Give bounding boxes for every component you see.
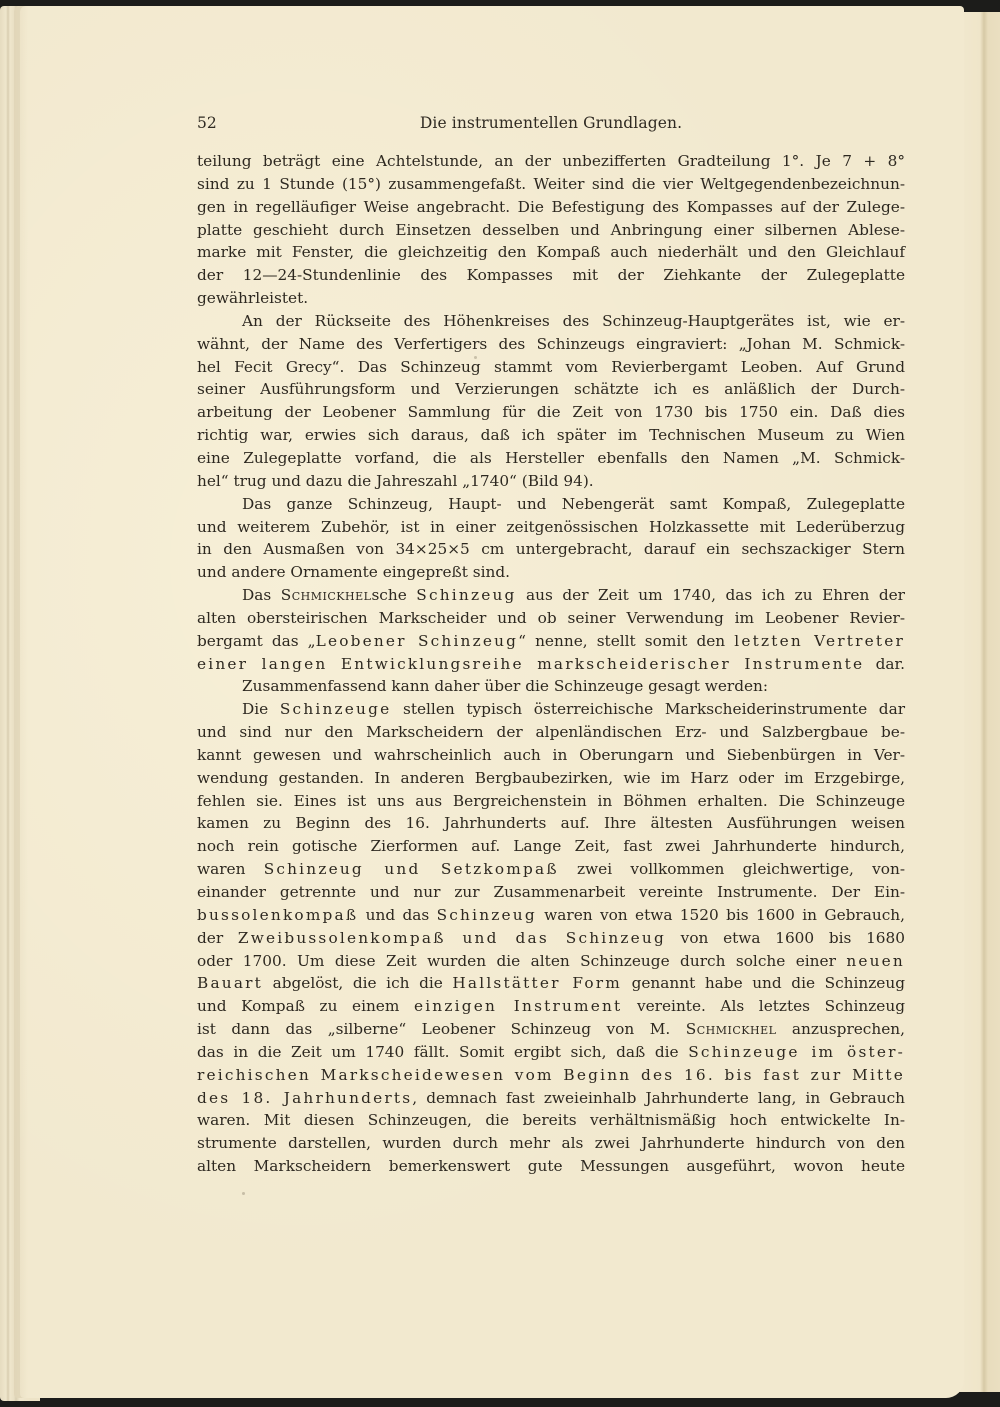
emphasis: des 18. Jahrhunderts [197,1089,412,1107]
text-line: gewährleistet. [197,287,905,310]
text-line: Zusammenfassend kann daher über die Schi… [197,675,905,698]
emphasis: Schinzeug [416,586,516,604]
text-line: noch rein gotische Zierformen auf. Lange… [197,835,905,858]
emphasis: bussolenkompaß [197,906,358,924]
text-line: hel“ trug und dazu die Jahreszahl „1740“… [197,470,905,493]
text-line: Das ganze Schinzeug, Haupt- und Nebenger… [197,493,905,516]
emphasis: einer langen Entwicklungsreihe markschei… [197,655,864,673]
text-line: bergamt das „Leobener Schinzeug“ nenne, … [197,630,905,653]
paper-speck [242,1192,245,1195]
emphasis: Schinzeuge im öster- [688,1043,905,1061]
text-line: reichischen Markscheidewesen vom Beginn … [197,1064,905,1087]
scanned-book-page: 52 Die instrumentellen Grundlagen. teilu… [0,0,1000,1407]
page-header: 52 Die instrumentellen Grundlagen. [197,114,905,138]
text-line: ist dann das „silberne“ Leobener Schinze… [197,1018,905,1041]
text-line: waren. Mit diesen Schinzeugen, die berei… [197,1109,905,1132]
body-text: teilung beträgt eine Achtelstunde, an de… [197,150,905,1178]
text-line: seiner Ausführungsform und Verzierungen … [197,378,905,401]
text-line: der Zweibussolenkompaß und das Schinzeug… [197,927,905,950]
text-line: hel Fecit Grecy“. Das Schinzeug stammt v… [197,356,905,379]
text-line: oder 1700. Um diese Zeit wurden die alte… [197,950,905,973]
text-line: alten obersteirischen Markscheider und o… [197,607,905,630]
text-line: wähnt, der Name des Verfertigers des Sch… [197,333,905,356]
emphasis: Leobener Schinzeug [316,632,519,650]
emphasis: Bauart [197,974,263,992]
text-line: kamen zu Beginn des 16. Jahrhunderts auf… [197,812,905,835]
emphasis: Hallstätter Form [452,974,622,992]
text-line: Das Schmickhelsche Schinzeug aus der Zei… [197,584,905,607]
emphasis: Schinzeuge [280,700,391,718]
author-name: Schmickhel [281,586,372,604]
emphasis: einzigen Instrument [414,997,622,1015]
text-line: des 18. Jahrhunderts, demnach fast zweie… [197,1087,905,1110]
text-line: wendung gestanden. In anderen Bergbaubez… [197,767,905,790]
text-line: und weiterem Zubehör, ist in einer zeitg… [197,516,905,539]
text-line: eine Zulegeplatte vorfand, die als Herst… [197,447,905,470]
text-line: und Kompaß zu einem einzigen Instrument … [197,995,905,1018]
text-line: fehlen sie. Eines ist uns aus Bergreiche… [197,790,905,813]
text-line: platte geschieht durch Einsetzen desselb… [197,219,905,242]
emphasis: Schinzeug und Setzkompaß [264,860,559,878]
text-line: Die Schinzeuge stellen typisch österreic… [197,698,905,721]
text-line: richtig war, erwies sich daraus, daß ich… [197,424,905,447]
text-line: und sind nur den Markscheidern der alpen… [197,721,905,744]
author-name: Schmickhel [686,1020,777,1038]
emphasis: reichischen Markscheidewesen vom Beginn … [197,1066,905,1084]
emphasis: letzten Vertreter [734,632,905,650]
text-line: einer langen Entwicklungsreihe markschei… [197,653,905,676]
text-line: arbeitung der Leobener Sammlung für die … [197,401,905,424]
text-line: waren Schinzeug und Setzkompaß zwei voll… [197,858,905,881]
running-head: Die instrumentellen Grundlagen. [197,114,905,132]
emphasis: Zweibussolenkompaß und das Schinzeug [238,929,666,947]
text-line: einander getrennte und nur zur Zusammena… [197,881,905,904]
text-line: das in die Zeit um 1740 fällt. Somit erg… [197,1041,905,1064]
text-line: der 12—24-Stundenlinie des Kompasses mit… [197,264,905,287]
text-line: An der Rückseite des Höhenkreises des Sc… [197,310,905,333]
emphasis: Schinzeug [437,906,537,924]
text-line: strumente darstellen, wurden durch mehr … [197,1132,905,1155]
text-line: marke mit Fenster, die gleichzeitig den … [197,241,905,264]
text-line: bussolenkompaß und das Schinzeug waren v… [197,904,905,927]
text-line: gen in regelläufiger Weise angebracht. D… [197,196,905,219]
emphasis: neuen [846,952,905,970]
text-line: alten Markscheidern bemerkenswert gute M… [197,1155,905,1178]
text-line: in den Ausmaßen von 34×25×5 cm untergebr… [197,538,905,561]
text-line: kannt gewesen und wahrscheinlich auch in… [197,744,905,767]
text-line: und andere Ornamente eingepreßt sind. [197,561,905,584]
text-line: sind zu 1 Stunde (15°) zusammengefaßt. W… [197,173,905,196]
text-line: Bauart abgelöst, die ich die Hallstätter… [197,972,905,995]
text-line: teilung beträgt eine Achtelstunde, an de… [197,150,905,173]
